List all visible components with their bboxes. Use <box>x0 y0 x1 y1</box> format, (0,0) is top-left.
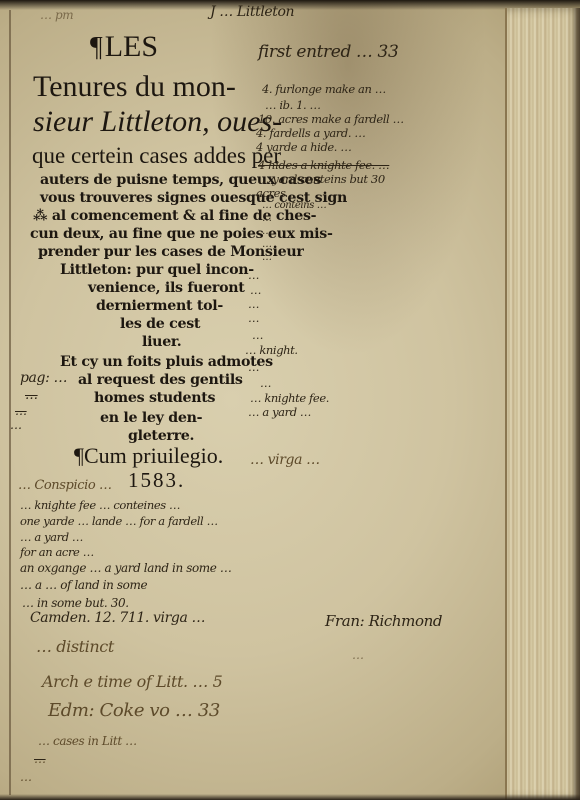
ms-lower-note: … virga … <box>250 452 320 468</box>
ms-margin-note: … <box>250 283 261 297</box>
ms-header-note: … pm <box>40 8 73 22</box>
ms-lower-note: Arch e time of Litt. … 5 <box>42 672 222 691</box>
blackletter-line: Littleton: pur quel incon- <box>60 262 254 280</box>
pilcrow-icon: ¶ <box>90 32 103 63</box>
ms-left-note: … <box>15 404 27 418</box>
ms-margin-note: … yard conteins but 30 <box>258 172 385 186</box>
ms-margin-note: 4 yarde a hide. … <box>256 140 351 154</box>
book-page: ¶LES Tenures du mon- sieur Littleton, ou… <box>0 0 580 800</box>
ms-left-note: pag: … <box>20 370 67 386</box>
ms-lower-note: … Conspicio … <box>18 478 112 493</box>
ms-lower-note: … <box>20 770 32 784</box>
imprint-year: 1583. <box>128 468 185 493</box>
ms-lower-note: Camden. 12. 711. virga … <box>30 610 205 626</box>
ms-margin-note: … <box>248 311 259 325</box>
ms-lower-note: … distinct <box>36 637 114 656</box>
ms-margin-note: … conteins … <box>262 200 326 211</box>
ms-lower-note: for an acre … <box>20 545 94 559</box>
ms-lower-note: … a yard … <box>20 530 83 544</box>
gutter-line <box>9 10 11 795</box>
ms-margin-note: … <box>262 239 272 250</box>
blackletter-line: Et cy un foits pluis admotes <box>60 354 273 372</box>
title-line-4: que certein cases addes per <box>32 143 281 169</box>
ms-margin-note: 4. furlonge make an … <box>262 82 386 96</box>
blackletter-line: en le ley den- <box>100 410 202 428</box>
ms-margin-note: … <box>260 376 271 390</box>
ms-lower-note: an oxgange … a yard land in some … <box>20 561 231 575</box>
privilege-line: ¶Cum priuilegio. <box>74 443 223 469</box>
ms-margin-note: 4. fardells a yard. … <box>256 126 365 140</box>
ms-lower-note: … <box>352 648 364 662</box>
ms-lower-note: … <box>34 752 46 766</box>
ms-margin-note: … ib. 1. … <box>265 98 321 112</box>
ms-margin-note: … <box>262 213 272 224</box>
blackletter-line: venience, ils fueront <box>88 280 245 298</box>
ms-margin-note: … knight. <box>245 343 298 357</box>
ms-signature: Fran: Richmond <box>325 612 442 630</box>
ms-left-note: … <box>10 418 22 432</box>
ms-left-note: … <box>25 388 38 403</box>
blackletter-line: liuer. <box>142 334 181 352</box>
ms-lower-note: one yarde … lande … for a fardell … <box>20 514 218 528</box>
ms-margin-note: … knighte fee. <box>250 391 329 405</box>
ms-lower-note: … in some but. 30. <box>22 596 129 610</box>
ms-margin-note: … <box>248 297 259 311</box>
ms-lower-note: … cases in Litt … <box>38 734 137 748</box>
blackletter-line: al request des gentils <box>78 372 243 390</box>
blackletter-line: homes students <box>94 390 215 408</box>
page-fore-edge <box>505 8 580 800</box>
ms-lower-note: … a … of land in some <box>20 578 147 592</box>
ms-margin-note: acres … <box>256 186 300 200</box>
ms-margin-note: … <box>248 360 259 374</box>
ms-margin-note: … <box>248 268 259 282</box>
ms-header-note: J … Littleton <box>210 4 294 20</box>
title-line-2: Tenures du mon- <box>33 70 236 104</box>
ms-lower-note: … knighte fee … conteines … <box>20 498 180 512</box>
ms-margin-note: 10. acres make a fardell … <box>258 112 404 126</box>
title-line-3: sieur Littleton, oues- <box>33 105 282 139</box>
ms-margin-note: 4 hides a knighte fee. … <box>258 158 389 172</box>
blackletter-line: cun deux, au fine que ne poies eux mis- <box>30 226 333 244</box>
bottom-shadow <box>0 794 580 800</box>
ms-margin-note: … <box>262 226 272 237</box>
title-les: ¶LES <box>90 30 158 64</box>
ms-lower-note: Edm: Coke vo … 33 <box>48 700 220 721</box>
ms-header-note: first entred … 33 <box>258 42 398 62</box>
blackletter-line: dernierment tol- <box>96 298 223 316</box>
ms-margin-note: … <box>262 252 272 263</box>
ms-margin-note: … a yard … <box>248 405 311 419</box>
blackletter-line: les de cest <box>120 316 200 334</box>
ms-margin-note: … <box>252 328 263 342</box>
